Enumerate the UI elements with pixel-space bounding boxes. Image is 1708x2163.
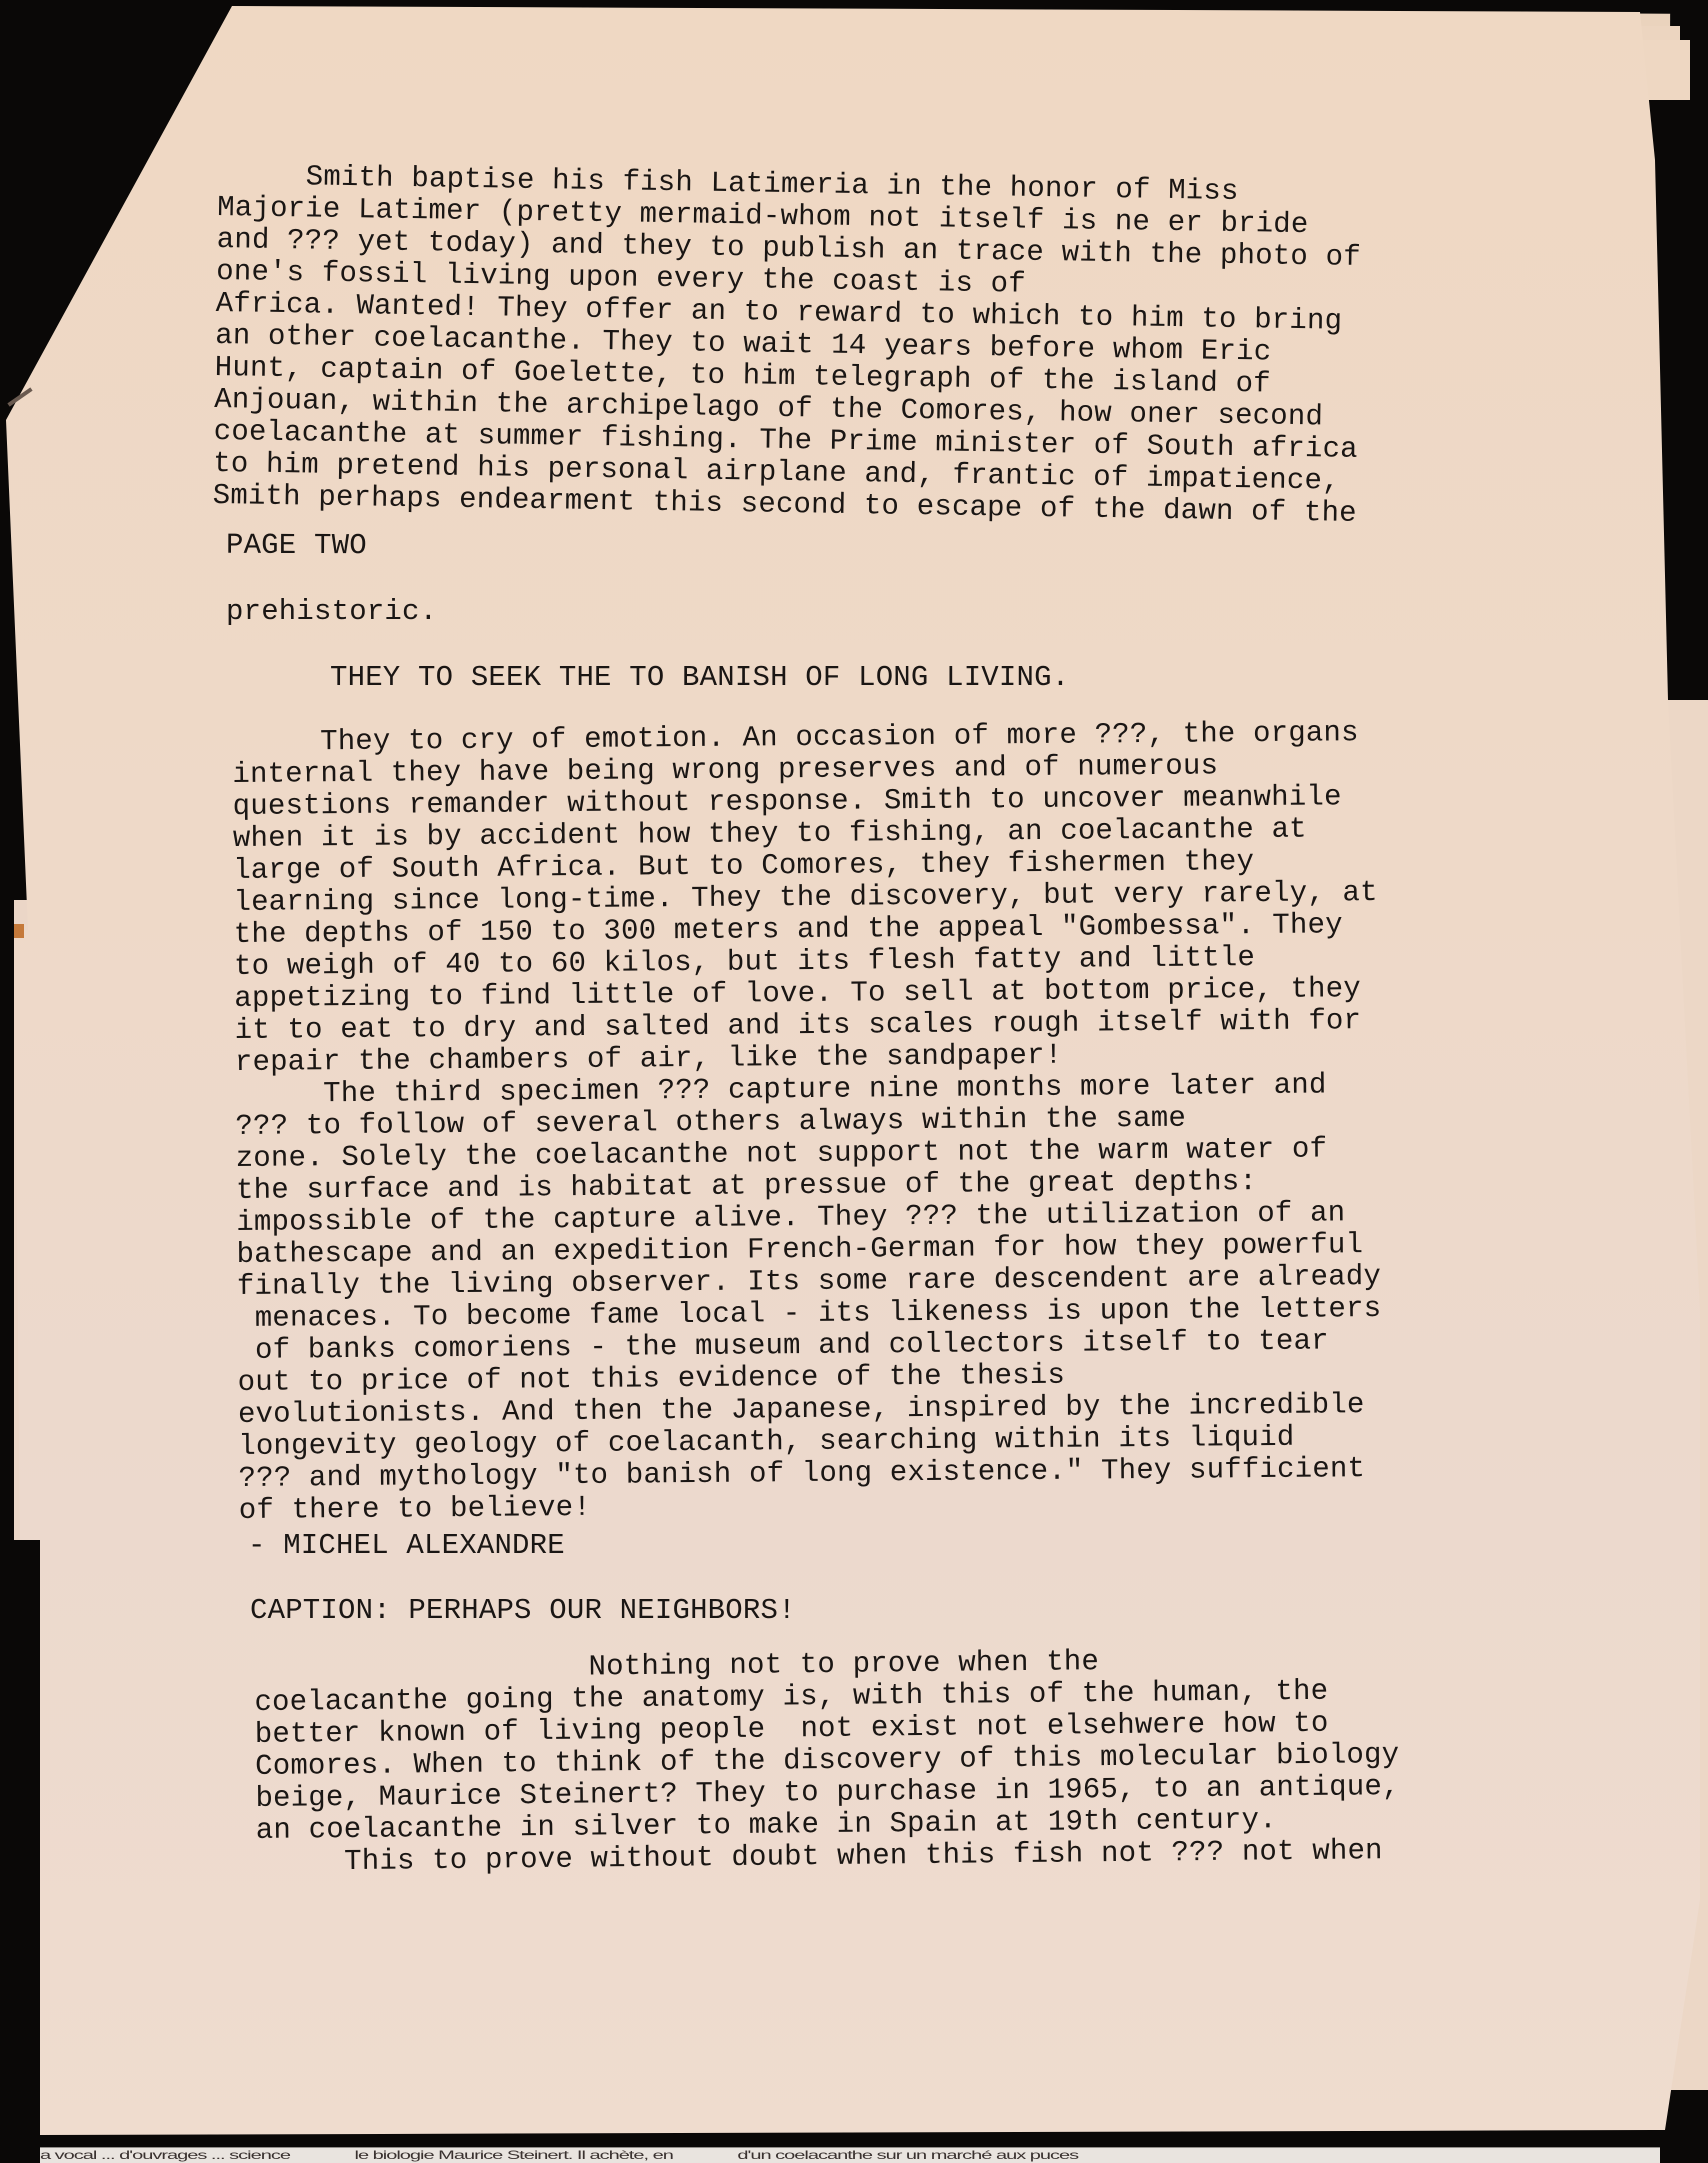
strip-fragment: le biologie Maurice Steinert. Il achète,… — [355, 2147, 673, 2163]
page-label: PAGE TWO — [226, 530, 367, 562]
underlying-page-text-strip: a vocal ... d'ouvrages ... science le bi… — [40, 2147, 1660, 2163]
paragraph-smith-latimeria: Smith baptise his fish Latimeria in the … — [212, 160, 1362, 530]
section-heading: THEY TO SEEK THE TO BANISH OF LONG LIVIN… — [330, 662, 1069, 694]
paragraph-coelacanthe-body: They to cry of emotion. An occasion of m… — [232, 717, 1383, 1527]
continuation-text: prehistoric. — [226, 596, 437, 628]
tape-mark — [14, 924, 24, 938]
strip-fragment: d'un coelacanthe sur un marché aux puces — [737, 2147, 1078, 2163]
strip-fragment: a vocal ... d'ouvrages ... science — [40, 2147, 290, 2163]
paragraph-anatomy: Nothing not to prove when thecoelacanthe… — [254, 1643, 1400, 1879]
author-signature: - MICHEL ALEXANDRE — [248, 1530, 565, 1562]
photo-caption: CAPTION: PERHAPS OUR NEIGHBORS! — [250, 1595, 796, 1627]
